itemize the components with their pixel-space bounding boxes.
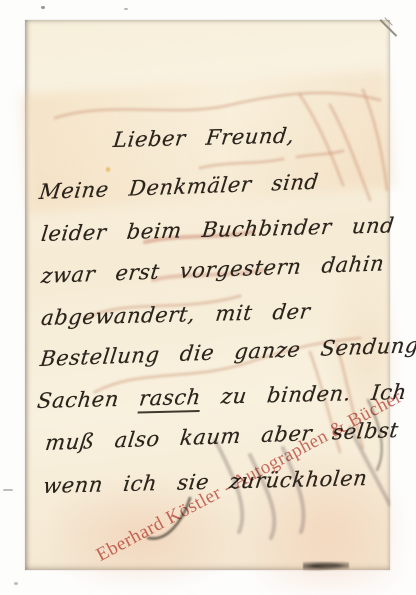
photo-background: Lieber Freund, Meine Denkmäler sind leid… [0, 0, 416, 595]
handwriting-text: Lieber Freund, [112, 123, 296, 152]
salutation-line: Lieber Freund, [112, 126, 296, 151]
dust-speck [14, 582, 18, 585]
underlined-word: rasch [138, 385, 203, 414]
dust-speck [3, 489, 13, 491]
handwriting-text: Sachen [36, 386, 141, 413]
dust-speck [41, 6, 45, 9]
dust-speck [124, 8, 128, 10]
ink-smudge [303, 560, 349, 571]
